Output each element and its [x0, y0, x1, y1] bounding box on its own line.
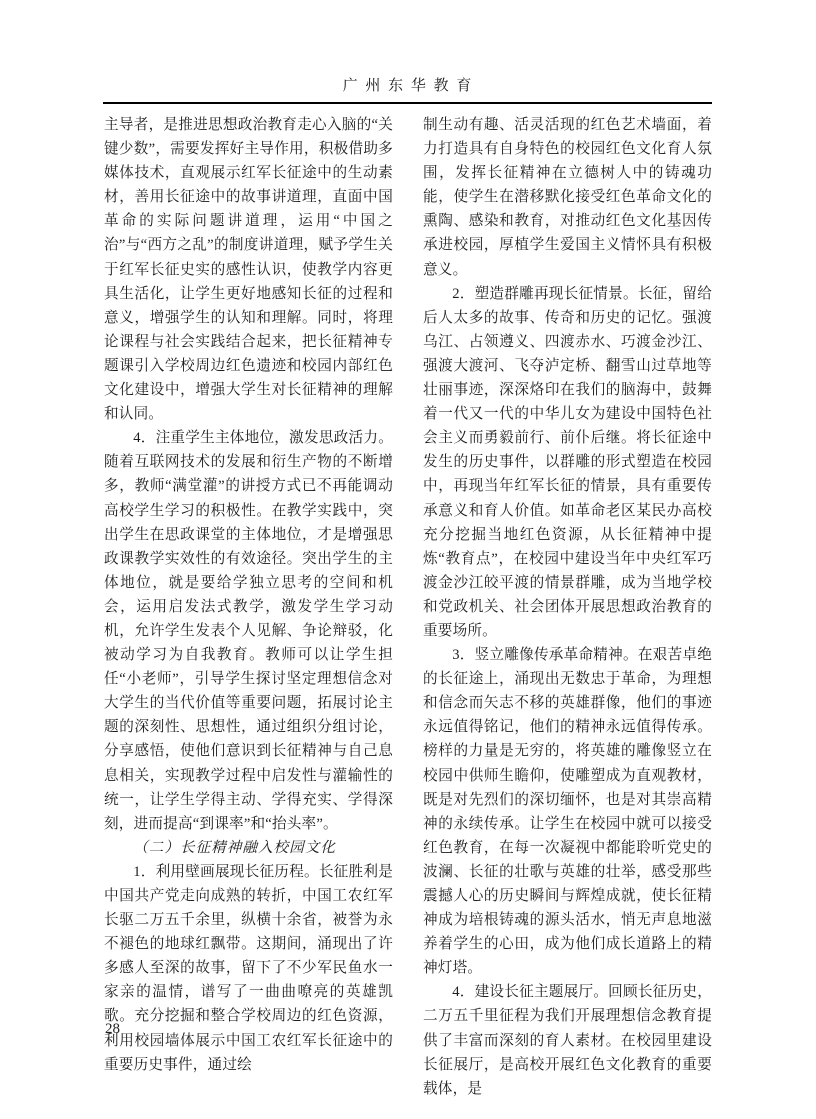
paragraph: 主导者，是推进思想政治教育走心入脑的“关键少数”，需要发挥好主导作用，积极借助多…: [104, 113, 393, 426]
page-number: 28: [105, 1021, 120, 1038]
paragraph: 1．利用壁画展现长征历程。长征胜利是中国共产党走向成熟的转折，中国工农红军长驱二…: [104, 860, 393, 1077]
paragraph: 2．塑造群雕再现长征情景。长征，留给后人太多的故事、传奇和历史的记忆。强渡乌江、…: [423, 282, 712, 643]
paragraph: 4．注重学生主体地位，激发思政活力。随着互联网技术的发展和衍生产物的不断增多，教…: [104, 426, 393, 836]
paragraph: 4．建设长征主题展厅。回顾长征历史，二万五千里征程为我们开展理想信念教育提供了丰…: [423, 980, 712, 1100]
paragraph: 制生动有趣、活灵活现的红色艺术墙面，着力打造具有自身特色的校园红色文化育人氛围，…: [423, 113, 712, 282]
left-column: 主导者，是推进思想政治教育走心入脑的“关键少数”，需要发挥好主导作用，积极借助多…: [104, 113, 393, 1101]
paragraph: 3．竖立雕像传承革命精神。在艰苦卓绝的长征途上，涌现出无数忠于革命，为理想和信念…: [423, 643, 712, 980]
document-page: 广 州 东 华 教 育 主导者，是推进思想政治教育走心入脑的“关键少数”，需要发…: [0, 0, 816, 1119]
right-column: 制生动有趣、活灵活现的红色艺术墙面，着力打造具有自身特色的校园红色文化育人氛围，…: [423, 113, 712, 1101]
journal-header-title: 广 州 东 华 教 育: [104, 74, 712, 95]
header-rule: [103, 102, 712, 104]
text-columns: 主导者，是推进思想政治教育走心入脑的“关键少数”，需要发挥好主导作用，积极借助多…: [104, 113, 712, 1101]
section-heading: （二）长征精神融入校园文化: [104, 836, 393, 860]
